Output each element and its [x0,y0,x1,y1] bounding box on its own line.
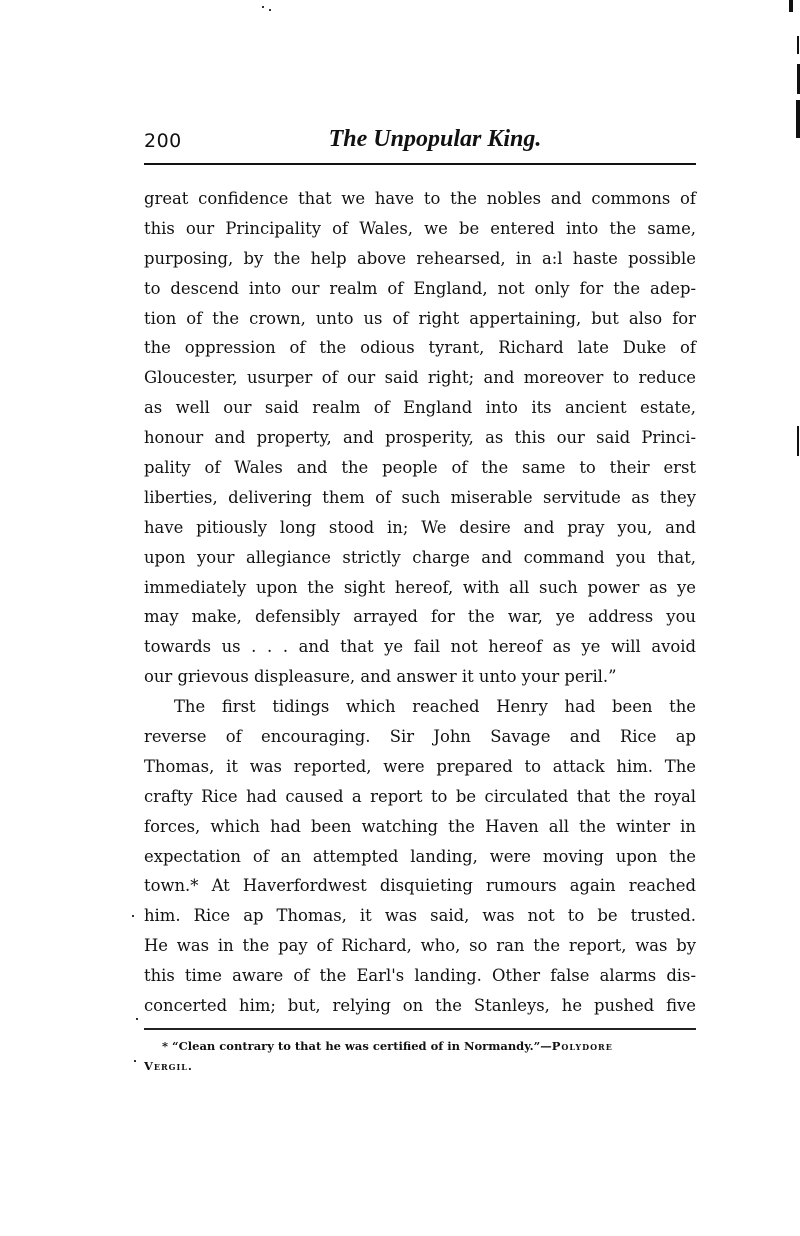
text-line: Gloucester, usurper of our said right; a… [144,363,696,393]
text-line: upon your allegiance strictly charge and… [144,543,696,573]
text-line: tion of the crown, unto us of right appe… [144,304,696,334]
scan-speck [262,6,264,8]
text-line: great confidence that we have to the nob… [144,184,696,214]
text-line: He was in the pay of Richard, who, so ra… [144,931,696,961]
scan-edge-mark [797,36,799,54]
text-line: expectation of an attempted landing, wer… [144,842,696,872]
footnote: * “Clean contrary to that he was certifi… [144,1036,696,1076]
text-line: concerted him; but, relying on the Stanl… [144,991,696,1021]
text-line: our grievous displeasure, and answer it … [144,662,696,692]
footnote-author-continued: Vergil. [144,1056,696,1076]
text-line: may make, defensibly arrayed for the war… [144,602,696,632]
paragraph-start-line: The first tidings which reached Henry ha… [144,692,696,722]
text-line: pality of Wales and the people of the sa… [144,453,696,483]
scan-edge-mark [796,100,800,138]
text-line: honour and property, and prosperity, as … [144,423,696,453]
text-line: Thomas, it was reported, were prepared t… [144,752,696,782]
footnote-author: Polydore [552,1039,613,1053]
running-title: The Unpopular King. [144,126,696,153]
text-line: have pitiously long stood in; We desire … [144,513,696,543]
footnote-rule [144,1028,696,1030]
text-line: this our Principality of Wales, we be en… [144,214,696,244]
scan-edge-mark [797,426,799,456]
text-line: town.* At Haverfordwest disquieting rumo… [144,871,696,901]
running-head: 200 The Unpopular King. [144,128,696,158]
scan-edge-mark [789,0,793,12]
text-line: towards us . . . and that ye fail not he… [144,632,696,662]
scan-speck [269,9,271,11]
text-line: liberties, delivering them of such miser… [144,483,696,513]
text-line: forces, which had been watching the Have… [144,812,696,842]
footnote-text: * “Clean contrary to that he was certifi… [162,1039,552,1053]
text-line: purposing, by the help above rehearsed, … [144,244,696,274]
text-line: him. Rice ap Thomas, it was said, was no… [144,901,696,931]
text-line: the oppression of the odious tyrant, Ric… [144,333,696,363]
header-rule [144,163,696,165]
scan-speck [136,1018,138,1020]
text-line: as well our said realm of England into i… [144,393,696,423]
text-line: reverse of encouraging. Sir John Savage … [144,722,696,752]
body-text: great confidence that we have to the nob… [144,184,696,1021]
text-line: this time aware of the Earl's landing. O… [144,961,696,991]
text-line: to descend into our realm of England, no… [144,274,696,304]
text-line: crafty Rice had caused a report to be ci… [144,782,696,812]
scan-speck [132,915,134,917]
text-line: immediately upon the sight hereof, with … [144,573,696,603]
footnote-line: * “Clean contrary to that he was certifi… [144,1036,696,1056]
scan-speck [134,1060,136,1062]
